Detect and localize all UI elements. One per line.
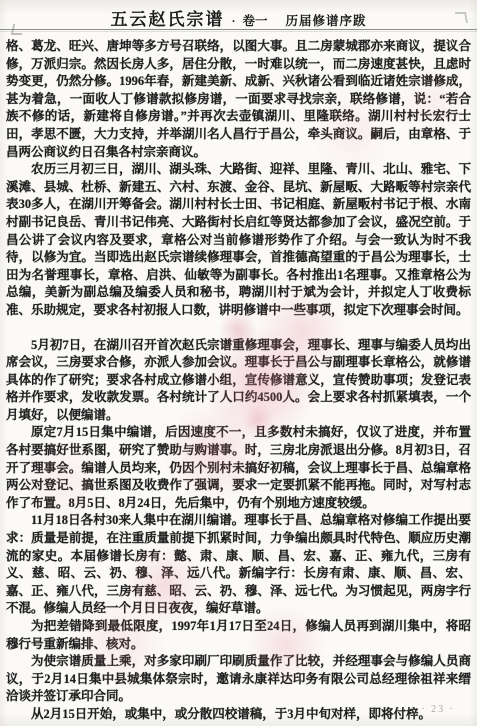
page-number: · 23 ·: [421, 704, 455, 715]
paragraph: 为把差错降到最低限度，1997年1月17日至24日，修编人员再到湖川集中，将昭穆…: [6, 618, 471, 653]
page-header: 五云赵氏宗谱 · 卷一 历届修谱序跋: [0, 0, 477, 29]
scanned-genealogy-page: 五云赵氏宗谱 · 卷一 历届修谱序跋 格、葛龙、旺兴、唐坤等多方号召联络，以图大…: [0, 0, 477, 726]
paragraph: 从2月15日开始，或集中，或分散四校谱稿，于3月中旬对样，即将付梓。: [6, 706, 471, 724]
paragraph: 为使宗谱质量上乘，对多家印刷厂印刷质量作了比较，并经理事会与修编人员商议，于2月…: [6, 653, 471, 706]
volume-label: 卷一: [242, 14, 267, 28]
paragraph: 11月18日各村30来人集中在湖川编谱。理事长于昌、总编章格对修编工作提出要求：…: [6, 512, 471, 618]
paragraph: 原定7月15日集中编谱，后因速度不一，且多数村未搞好，仅议了进度，并布置各村要搞…: [6, 424, 471, 512]
header-divider-rule: [0, 29, 477, 30]
document-body: 格、葛龙、旺兴、唐坤等多方号召联络，以图大事。且二房蒙城郡亦来商议，提议合修，万…: [0, 38, 477, 724]
paragraph: 格、葛龙、旺兴、唐坤等多方号召联络，以图大事。且二房蒙城郡亦来商议，提议合修，万…: [6, 38, 471, 161]
title-separator-dot: ·: [231, 14, 235, 28]
book-title: 五云赵氏宗谱: [110, 10, 224, 29]
paragraph: 农历三月初三日，湖川、湖头珠、大路街、迎祥、里隆、青川、北山、雅宅、下溪滩、县城…: [6, 161, 471, 319]
scan-corner-mark-left: [11, 24, 24, 35]
paragraph: 5月初7日，在湖川召开首次赵氏宗谱重修理事会，理事长、理事与编委人员均出席会议，…: [6, 337, 471, 425]
scan-corner-mark-right: [455, 12, 468, 23]
section-title: 历届修谱序跋: [286, 14, 367, 28]
